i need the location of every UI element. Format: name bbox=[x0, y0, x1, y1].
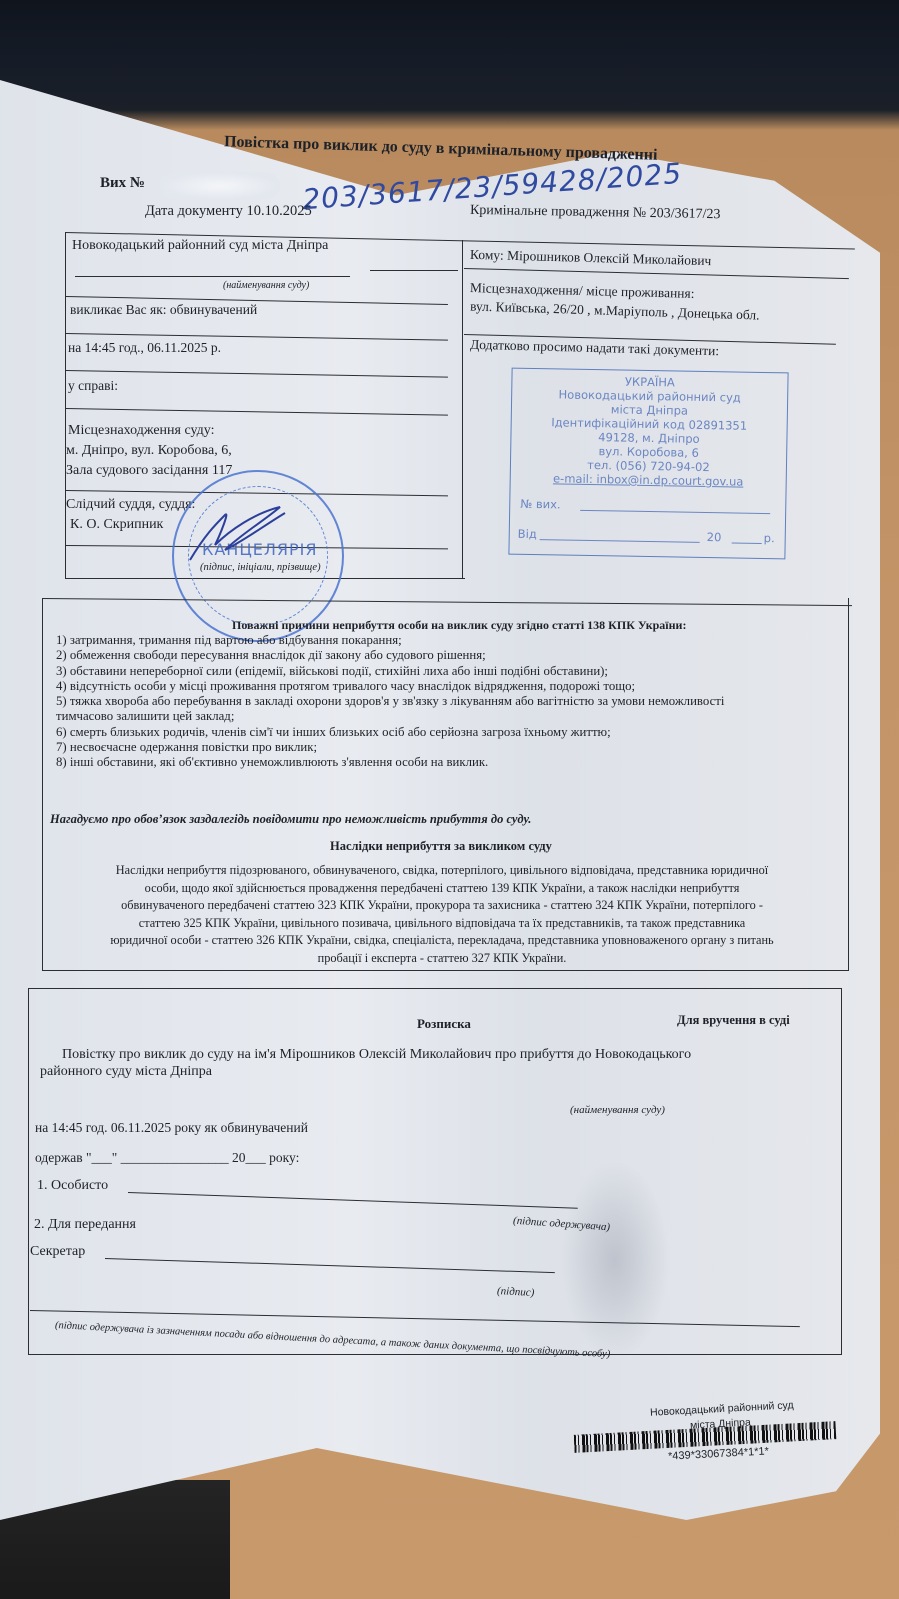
receipt-line-3: на 14:45 год. 06.11.2025 року як обвинув… bbox=[35, 1120, 308, 1136]
hearing-datetime: на 14:45 год., 06.11.2025 р. bbox=[68, 340, 221, 356]
reasons-title: Поважні причини неприбуття особи на викл… bbox=[232, 618, 686, 633]
court-name: Новокодацький районний суд міста Дніпра bbox=[72, 238, 328, 254]
personally-label: 1. Особисто bbox=[37, 1178, 108, 1194]
document-title: Повістка про виклик до суду в кримінальн… bbox=[224, 133, 658, 165]
document-date: Дата документу 10.10.2025 bbox=[145, 203, 312, 220]
reminder-note: Нагадуємо про обов’язок заздалегідь пові… bbox=[50, 812, 531, 827]
secretary-label: Секретар bbox=[30, 1244, 85, 1260]
list-item: 2) обмеження свободи пересування внаслід… bbox=[56, 648, 724, 663]
consequences-text: Наслідки неприбуття підозрюваного, обвин… bbox=[42, 862, 842, 967]
outgoing-number-label: Вих № bbox=[100, 175, 145, 192]
receipt-box bbox=[28, 988, 842, 1355]
secretary-signature-caption: (підпис) bbox=[497, 1285, 535, 1299]
receipt-title: Розписка bbox=[417, 1016, 471, 1032]
judge-signature bbox=[185, 505, 295, 565]
list-item: 7) несвоєчасне одержання повістки про ви… bbox=[56, 740, 724, 755]
for-court-delivery: Для вручення в суді bbox=[677, 1013, 790, 1028]
court-location-address: м. Дніпро, вул. Коробова, 6, bbox=[66, 443, 232, 459]
list-item: 6) смерть близьких родичів, членів сім'ї… bbox=[56, 725, 724, 740]
receipt-court-caption: (найменування суду) bbox=[570, 1104, 665, 1116]
list-item: 4) відсутність особи у місці проживання … bbox=[56, 679, 724, 694]
list-item: 5) тяжка хвороба або перебування в закла… bbox=[56, 694, 724, 709]
redacted-number bbox=[160, 172, 280, 200]
for-transfer-label: 2. Для передання bbox=[34, 1217, 136, 1233]
judge-name: К. О. Скрипник bbox=[70, 517, 163, 533]
summoned-as: викликає Вас як: обвинувачений bbox=[70, 302, 257, 318]
in-case-label: у справі: bbox=[68, 378, 118, 394]
reasons-list: 1) затримання, тримання під вартою або в… bbox=[56, 633, 724, 771]
list-item: 1) затримання, тримання під вартою або в… bbox=[56, 633, 724, 648]
receipt-line-2: районного суду міста Дніпра bbox=[40, 1064, 212, 1080]
judge-label: Слідчий суддя, суддя: bbox=[66, 497, 195, 513]
list-item: 3) обставини непереборної сили (епідемії… bbox=[56, 664, 724, 679]
court-location-label: Місцезнаходження суду: bbox=[68, 423, 214, 439]
receipt-line-1: Повістку про виклик до суду на ім'я Міро… bbox=[62, 1047, 691, 1063]
list-item: 8) інші обставини, які об'єктивно унемож… bbox=[56, 755, 724, 770]
court-room: Зала судового засідання 117 bbox=[66, 463, 232, 479]
consequences-title: Наслідки неприбуття за викликом суду bbox=[330, 839, 552, 854]
list-item: тимчасово залишити цей заклад; bbox=[56, 709, 724, 724]
court-name-caption: (найменування суду) bbox=[223, 280, 309, 291]
received-date-field: одержав "___" ________________ 20___ рок… bbox=[35, 1150, 299, 1166]
court-registry-stamp: УКРАЇНА Новокодацький районний суд міста… bbox=[508, 368, 788, 560]
